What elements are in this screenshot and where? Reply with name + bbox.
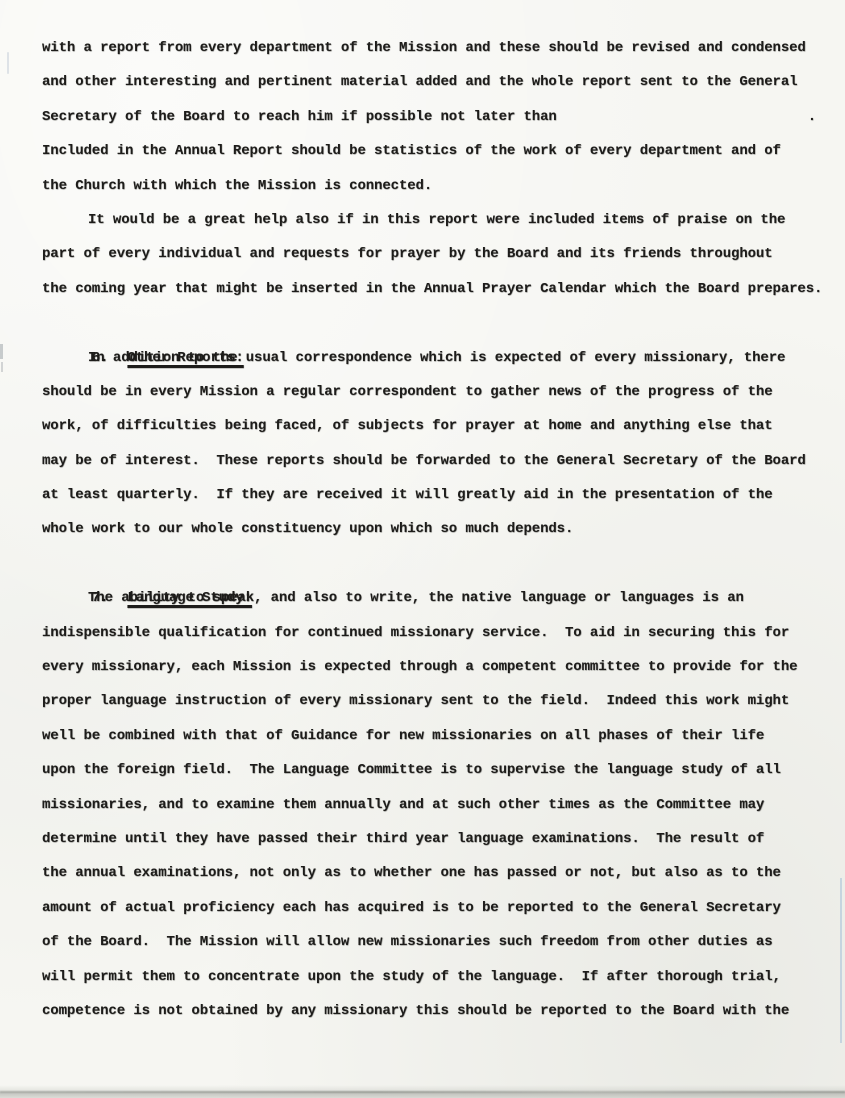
text-line-content: Secretary of the Board to reach him if p… bbox=[42, 100, 557, 134]
text-line: It would be a great help also if in this… bbox=[42, 203, 834, 237]
text-line: determine until they have passed their t… bbox=[42, 822, 834, 856]
text-line: proper language instruction of every mis… bbox=[42, 684, 834, 718]
text-line: missionaries, and to examine them annual… bbox=[42, 788, 834, 822]
text-line: competence is not obtained by any missio… bbox=[42, 994, 834, 1028]
page-bottom-edge-line bbox=[0, 1091, 845, 1093]
text-line: whole work to our whole constituency upo… bbox=[42, 512, 834, 546]
text-line: work, of difficulties being faced, of su… bbox=[42, 409, 834, 443]
text-line: In addition to the usual correspondence … bbox=[42, 341, 834, 375]
text-line: at least quarterly. If they are received… bbox=[42, 478, 834, 512]
section-heading-other-reports: 6.Other Reports: bbox=[42, 306, 834, 340]
text-line: the annual examinations, not only as to … bbox=[42, 856, 834, 890]
text-line: upon the foreign field. The Language Com… bbox=[42, 753, 834, 787]
scan-artifact-edge bbox=[840, 878, 842, 1043]
scan-artifact-tick bbox=[0, 344, 3, 359]
text-line: should be in every Mission a regular cor… bbox=[42, 375, 834, 409]
section-heading-language-study: 7.Language Study: bbox=[42, 547, 834, 581]
text-line: every missionary, each Mission is expect… bbox=[42, 650, 834, 684]
text-line: may be of interest. These reports should… bbox=[42, 444, 834, 478]
text-line: Included in the Annual Report should be … bbox=[42, 134, 834, 168]
document-page: with a report from every department of t… bbox=[0, 0, 845, 1098]
stray-period: . bbox=[808, 100, 834, 134]
scan-artifact-tick bbox=[7, 52, 9, 74]
text-line: indispensible qualification for continue… bbox=[42, 616, 834, 650]
typed-text-block: with a report from every department of t… bbox=[42, 31, 834, 1028]
text-line: the Church with which the Mission is con… bbox=[42, 169, 834, 203]
text-line: Secretary of the Board to reach him if p… bbox=[42, 100, 834, 134]
text-line: of the Board. The Mission will allow new… bbox=[42, 925, 834, 959]
scan-artifact-tick bbox=[1, 362, 3, 372]
text-line: amount of actual proficiency each has ac… bbox=[42, 891, 834, 925]
text-line: part of every individual and requests fo… bbox=[42, 237, 834, 271]
text-line: the coming year that might be inserted i… bbox=[42, 272, 834, 306]
text-line: will permit them to concentrate upon the… bbox=[42, 960, 834, 994]
text-line: and other interesting and pertinent mate… bbox=[42, 65, 834, 99]
text-line: well be combined with that of Guidance f… bbox=[42, 719, 834, 753]
text-line: The ability to speak, and also to write,… bbox=[42, 581, 834, 615]
text-line: with a report from every department of t… bbox=[42, 31, 834, 65]
